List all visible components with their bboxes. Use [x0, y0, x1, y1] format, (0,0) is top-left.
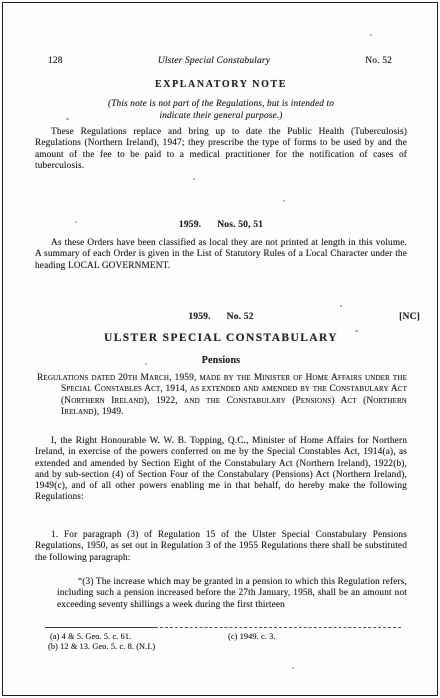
orders-heading-year: 1959.	[179, 219, 201, 230]
orders-heading-numbers: Nos. 50, 51	[217, 219, 263, 230]
footnote-b: (b) 12 & 13. Geo. 5. c. 8. (N.I.)	[48, 642, 155, 652]
explanatory-note-heading: EXPLANATORY NOTE	[35, 79, 407, 90]
rule-dashed-segment	[155, 627, 401, 628]
scan-speck	[370, 34, 372, 36]
orders-50-51-heading: 1959.Nos. 50, 51	[35, 219, 407, 230]
scanned-document-page: 128 Ulster Special Constabulary No. 52 E…	[0, 0, 440, 698]
scan-speck	[66, 118, 69, 120]
scan-speck	[168, 580, 170, 582]
regulation-heading-number: No. 52	[227, 311, 254, 322]
orders-50-51-body: As these Orders have been classified as …	[35, 238, 407, 272]
regulation-heading-year: 1959.	[188, 311, 210, 322]
substituted-paragraph-quote: “(3) The increase which may be granted i…	[57, 577, 407, 611]
footnote-a: (a) 4 & 5. Geo. 5. c. 61.	[50, 632, 131, 642]
scan-speck	[292, 667, 294, 669]
regulation-title: ULSTER SPECIAL CONSTABULARY	[35, 332, 407, 344]
footnote-c: (c) 1949. c. 3.	[228, 632, 276, 642]
regulation-1-text: 1. For paragraph (3) of Regulation 15 of…	[35, 530, 407, 564]
running-title: Ulster Special Constabulary	[158, 56, 270, 66]
parenthetical-line-1: (This note is not part of the Regulation…	[35, 99, 407, 111]
parenthetical-line-2: indicate their general purpose.)	[35, 111, 407, 123]
enacting-clause: I, the Right Honourable W. W. B. Topping…	[35, 436, 407, 504]
scan-speck	[145, 363, 147, 365]
rule-solid-segment	[45, 627, 155, 628]
running-issue-number: No. 52	[365, 56, 392, 66]
scan-speck	[355, 330, 358, 332]
page-number: 128	[48, 56, 63, 66]
classification-tag: [NC]	[399, 311, 420, 322]
scan-speck	[310, 249, 312, 251]
explanatory-note-parenthetical: (This note is not part of the Regulation…	[35, 99, 407, 122]
running-header: 128 Ulster Special Constabulary No. 52	[48, 56, 392, 66]
scan-speck	[283, 200, 285, 202]
scan-speck	[75, 221, 77, 223]
scan-speck	[193, 178, 195, 180]
explanatory-note-body: These Regulations replace and bring up t…	[35, 127, 407, 172]
regulation-52-heading: 1959.No. 52	[35, 311, 407, 322]
footnote-separator-rule	[45, 627, 401, 629]
scan-speck	[340, 305, 342, 307]
regulation-preamble: Regulations dated 20th March, 1959, made…	[35, 373, 407, 418]
regulation-subtitle: Pensions	[35, 355, 407, 366]
